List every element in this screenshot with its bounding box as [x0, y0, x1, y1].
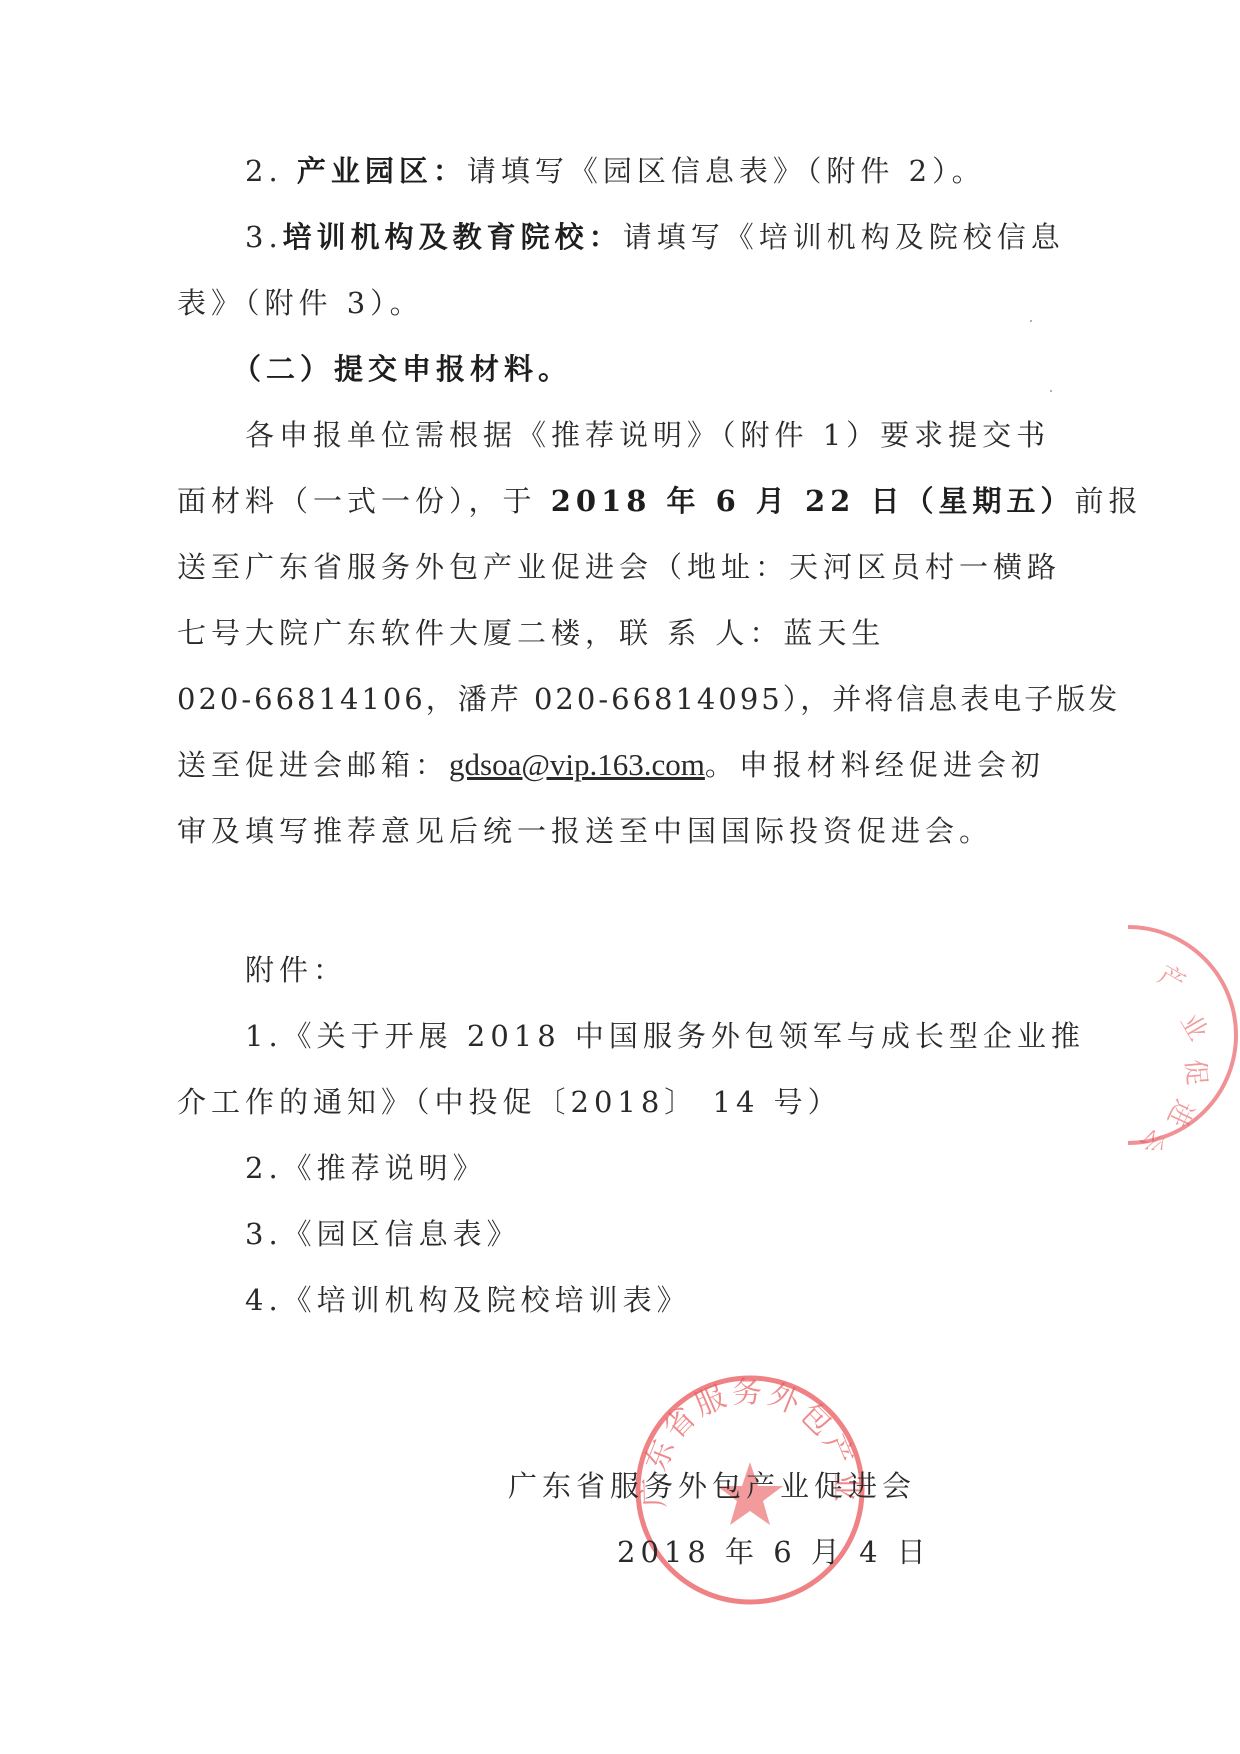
- document-page: 2. 产业园区：请填写《园区信息表》（附件 2）。 3.培训机构及教育院校：请填…: [0, 0, 1240, 1754]
- paragraph-text: 送至促进会邮箱：: [177, 748, 449, 782]
- scan-speck: [1030, 320, 1032, 322]
- section-item-2: 2. 产业园区：请填写《园区信息表》（附件 2）。: [245, 151, 1115, 191]
- section-item-3: 3.培训机构及教育院校：请填写《培训机构及院校信息: [245, 217, 1115, 257]
- paragraph-line-7: 审及填写推荐意见后统一报送至中国国际投资促进会。: [177, 811, 1047, 851]
- paragraph-text: 前报: [1074, 484, 1142, 518]
- svg-text:促: 促: [1179, 1058, 1211, 1087]
- subsection-title: （二）提交申报材料。: [232, 349, 1102, 389]
- svg-text:会: 会: [1134, 1123, 1173, 1150]
- attachment-item-3: 3.《园区信息表》: [245, 1214, 1115, 1254]
- item-text: 请填写《园区信息表》（附件 2）。: [467, 154, 986, 188]
- svg-text:进: 进: [1161, 1095, 1199, 1131]
- signature-organization: 广东省服务外包产业促进会: [508, 1466, 916, 1506]
- paragraph-line-6: 送至促进会邮箱：gdsoa@vip.163.com。申报材料经促进会初: [177, 745, 1047, 785]
- paragraph-line-3: 送至广东省服务外包产业促进会（地址：天河区员村一横路: [177, 547, 1047, 587]
- paragraph-line-4: 七号大院广东软件大厦二楼，联 系 人：蓝天生: [177, 613, 1047, 653]
- svg-text:产: 产: [1153, 960, 1191, 999]
- paragraph-text: 面材料（一式一份），于: [177, 484, 551, 518]
- item-number: 3.: [245, 220, 283, 254]
- attachments-label: 附件：: [245, 950, 1115, 990]
- section-item-3-cont: 表》（附件 3）。: [177, 283, 1047, 323]
- signature-date: 2018 年 6 月 4 日: [617, 1532, 931, 1572]
- deadline-date: 2018 年 6 月 22 日（星期五）: [551, 484, 1075, 518]
- attachment-item-2: 2.《推荐说明》: [245, 1148, 1115, 1188]
- svg-text:业: 业: [1174, 1009, 1213, 1047]
- attachment-item-4: 4.《培训机构及院校培训表》: [245, 1280, 1115, 1320]
- paragraph-line-1: 各申报单位需根据《推荐说明》（附件 1）要求提交书: [245, 415, 1115, 455]
- item-heading: 培训机构及教育院校：: [283, 220, 623, 254]
- attachment-item-1-cont: 介工作的通知》（中投促〔2018〕 14 号）: [177, 1082, 1047, 1122]
- scan-speck: [1050, 390, 1052, 392]
- paragraph-line-5: 020-66814106，潘芹 020-66814095），并将信息表电子版发: [177, 679, 1047, 719]
- attachment-item-1: 1.《关于开展 2018 中国服务外包领军与成长型企业推: [245, 1016, 1115, 1056]
- item-text: 请填写《培训机构及院校信息: [623, 220, 1065, 254]
- email-link[interactable]: gdsoa@vip.163.com: [449, 747, 705, 782]
- paragraph-text: 。申报材料经促进会初: [705, 748, 1045, 782]
- crossing-seal-icon: 产 业 促 进 会: [1128, 920, 1240, 1150]
- item-heading: 产业园区：: [297, 154, 467, 188]
- paragraph-line-2: 面材料（一式一份），于 2018 年 6 月 22 日（星期五）前报: [177, 481, 1047, 521]
- item-number: 2.: [245, 154, 283, 188]
